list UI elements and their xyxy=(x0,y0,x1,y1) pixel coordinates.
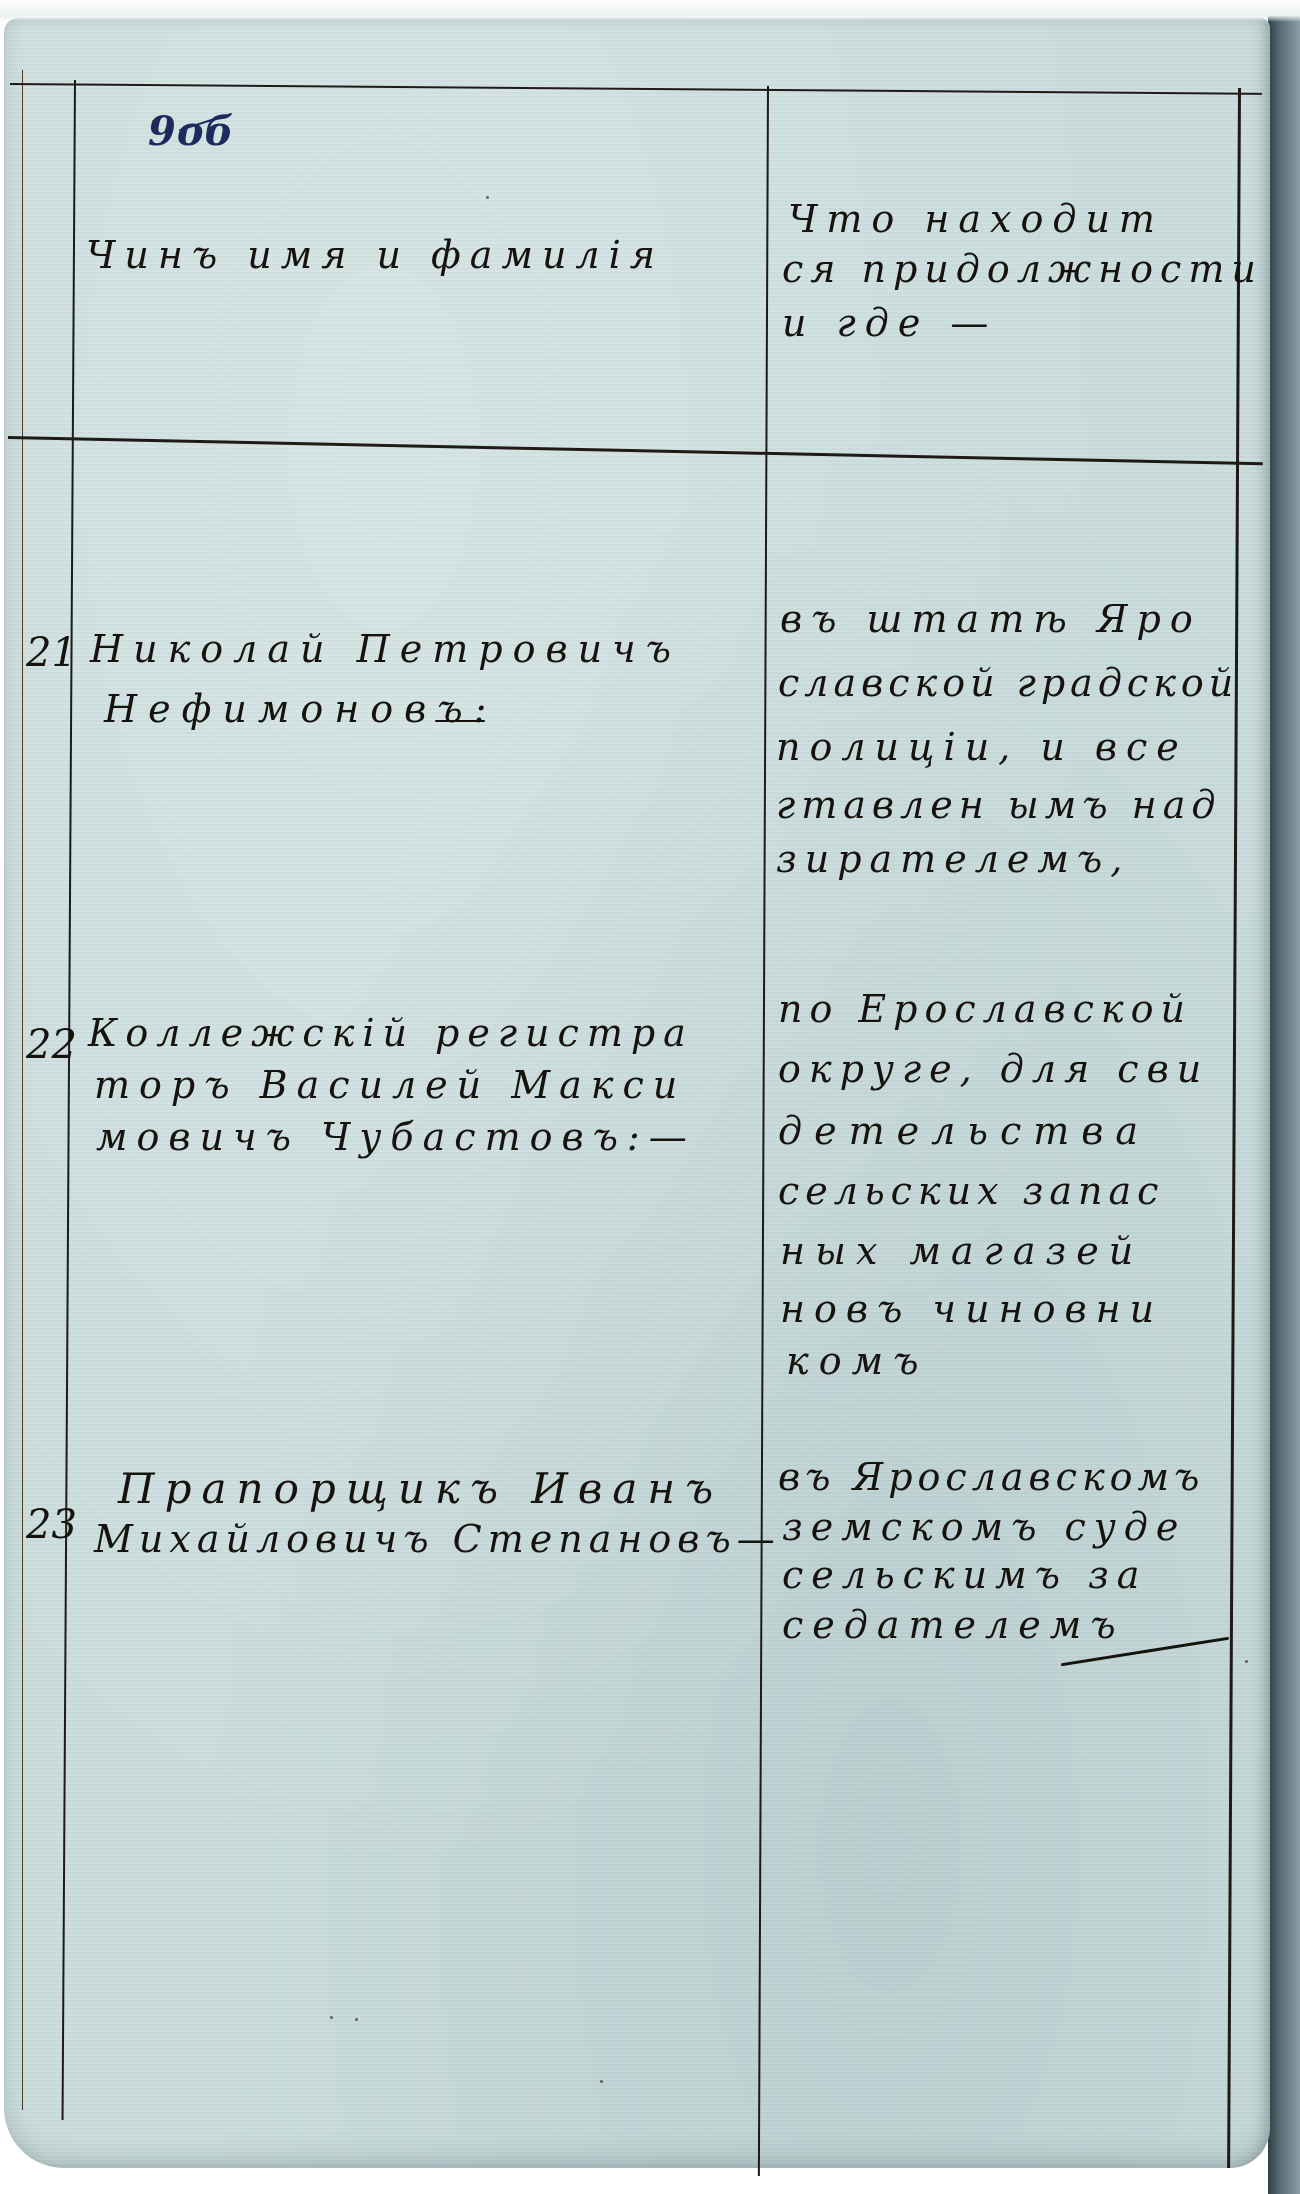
entry-name-line: Нефимоновъ: xyxy=(104,690,497,728)
entry-name-line: торъ Василей Макси xyxy=(94,1066,686,1104)
entry-position-line: славской градской xyxy=(778,664,1238,702)
book-binding xyxy=(1268,0,1300,2194)
entry-position-line: зирателемъ, xyxy=(776,840,1130,878)
entry-position-line: полиціи, и все xyxy=(776,728,1188,766)
entry-name-line: Михайловичъ Степановъ— xyxy=(94,1520,781,1558)
entry-name-line: Николай Петровичъ xyxy=(90,630,681,668)
entry-position-line: ных магазей xyxy=(780,1232,1143,1270)
ink-speck xyxy=(355,2018,358,2021)
entry-number: 21 xyxy=(26,630,77,676)
ink-speck xyxy=(486,196,489,199)
entry-position-line: въ Ярославскомъ xyxy=(778,1458,1204,1496)
entry-name-line: мовичъ Чубастовъ:— xyxy=(96,1118,696,1156)
ink-speck xyxy=(330,2016,333,2019)
header-position-line: Что находит xyxy=(788,200,1164,238)
ink-speck xyxy=(600,2080,603,2083)
entry-position-line: гтавлен ымъ над xyxy=(776,786,1221,824)
header-position-line: и где — xyxy=(782,304,997,342)
entry-position-line: сельских запас xyxy=(778,1172,1164,1210)
entry-position-line: новъ чиновни xyxy=(780,1290,1163,1328)
ink-speck xyxy=(1245,1660,1248,1663)
page-top-edge xyxy=(0,0,1300,22)
entry-position-line: седателемъ xyxy=(782,1606,1125,1644)
outer-margin-line xyxy=(22,70,23,2110)
header-position-line: ся придолжности xyxy=(782,250,1263,288)
entry-position-line: комъ xyxy=(786,1342,928,1380)
entry-position-line: по Ерославской xyxy=(778,990,1192,1028)
entry-position-line: земскомъ суде xyxy=(782,1508,1186,1546)
entry-number: 23 xyxy=(26,1502,77,1548)
header-name-column: Чинъ имя и фамилія xyxy=(86,236,664,274)
entry-underline xyxy=(435,720,485,722)
entry-name-line: Коллежскій регистра xyxy=(88,1014,694,1052)
entry-position-line: сельскимъ за xyxy=(782,1556,1147,1594)
entry-position-line: округе, для сви xyxy=(778,1050,1209,1088)
entry-position-line: въ штатѣ Яро xyxy=(780,600,1202,638)
ink-speck xyxy=(152,120,155,123)
entry-position-line: детельства xyxy=(778,1112,1150,1150)
entry-number: 22 xyxy=(26,1022,77,1068)
entry-name-line: Прапорщикъ Иванъ xyxy=(118,1468,723,1510)
